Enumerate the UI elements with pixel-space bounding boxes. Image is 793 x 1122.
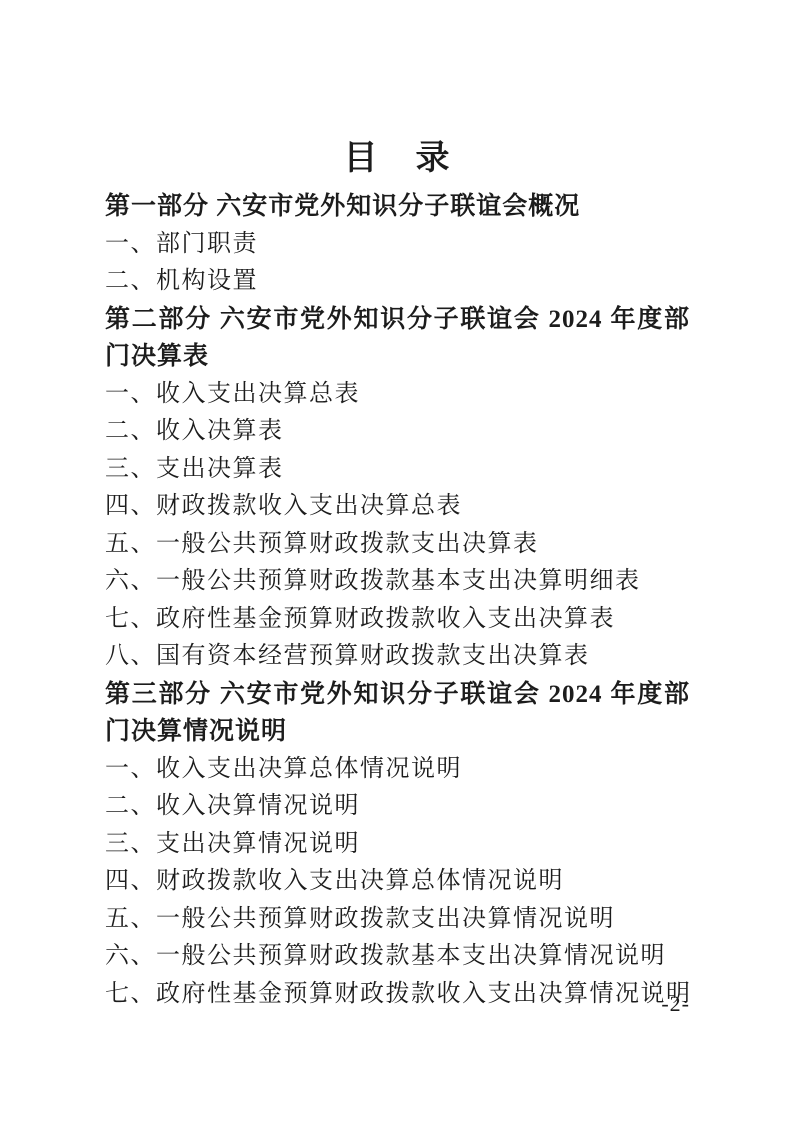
toc-section-overview: 第一部分 六安市党外知识分子联谊会概况 一、部门职责 二、机构设置 xyxy=(105,188,690,301)
toc-item: 二、收入决算表 xyxy=(105,413,690,451)
section-heading-part1: 第一部分 六安市党外知识分子联谊会概况 xyxy=(105,188,690,226)
toc-item: 八、国有资本经营预算财政拨款支出决算表 xyxy=(105,638,690,676)
toc-item: 四、财政拨款收入支出决算总表 xyxy=(105,488,690,526)
toc-item: 五、一般公共预算财政拨款支出决算情况说明 xyxy=(105,901,690,939)
toc-item: 二、收入决算情况说明 xyxy=(105,788,690,826)
toc-section-statements: 第二部分 六安市党外知识分子联谊会 2024 年度部门决算表 一、收入支出决算总… xyxy=(105,301,690,676)
toc-item: 七、政府性基金预算财政拨款收入支出决算表 xyxy=(105,601,690,639)
toc-item: 六、一般公共预算财政拨款基本支出决算情况说明 xyxy=(105,938,690,976)
toc-item: 一、收入支出决算总体情况说明 xyxy=(105,751,690,789)
toc-item: 三、支出决算情况说明 xyxy=(105,826,690,864)
document-page: 目 录 第一部分 六安市党外知识分子联谊会概况 一、部门职责 二、机构设置 第二… xyxy=(0,0,793,1122)
toc-item: 二、机构设置 xyxy=(105,263,690,301)
toc-item: 一、部门职责 xyxy=(105,226,690,264)
section-heading-part3: 第三部分 六安市党外知识分子联谊会 2024 年度部门决算情况说明 xyxy=(105,676,690,751)
toc-title: 目 录 xyxy=(105,136,690,180)
toc-item: 一、收入支出决算总表 xyxy=(105,376,690,414)
toc-item: 五、一般公共预算财政拨款支出决算表 xyxy=(105,526,690,564)
toc-item: 六、一般公共预算财政拨款基本支出决算明细表 xyxy=(105,563,690,601)
toc-section-notes: 第三部分 六安市党外知识分子联谊会 2024 年度部门决算情况说明 一、收入支出… xyxy=(105,676,690,1014)
toc-item: 三、支出决算表 xyxy=(105,451,690,489)
page-number: -2- xyxy=(661,991,690,1017)
section-heading-part2: 第二部分 六安市党外知识分子联谊会 2024 年度部门决算表 xyxy=(105,301,690,376)
toc-item: 四、财政拨款收入支出决算总体情况说明 xyxy=(105,863,690,901)
toc-item: 七、政府性基金预算财政拨款收入支出决算情况说明 xyxy=(105,976,690,1014)
